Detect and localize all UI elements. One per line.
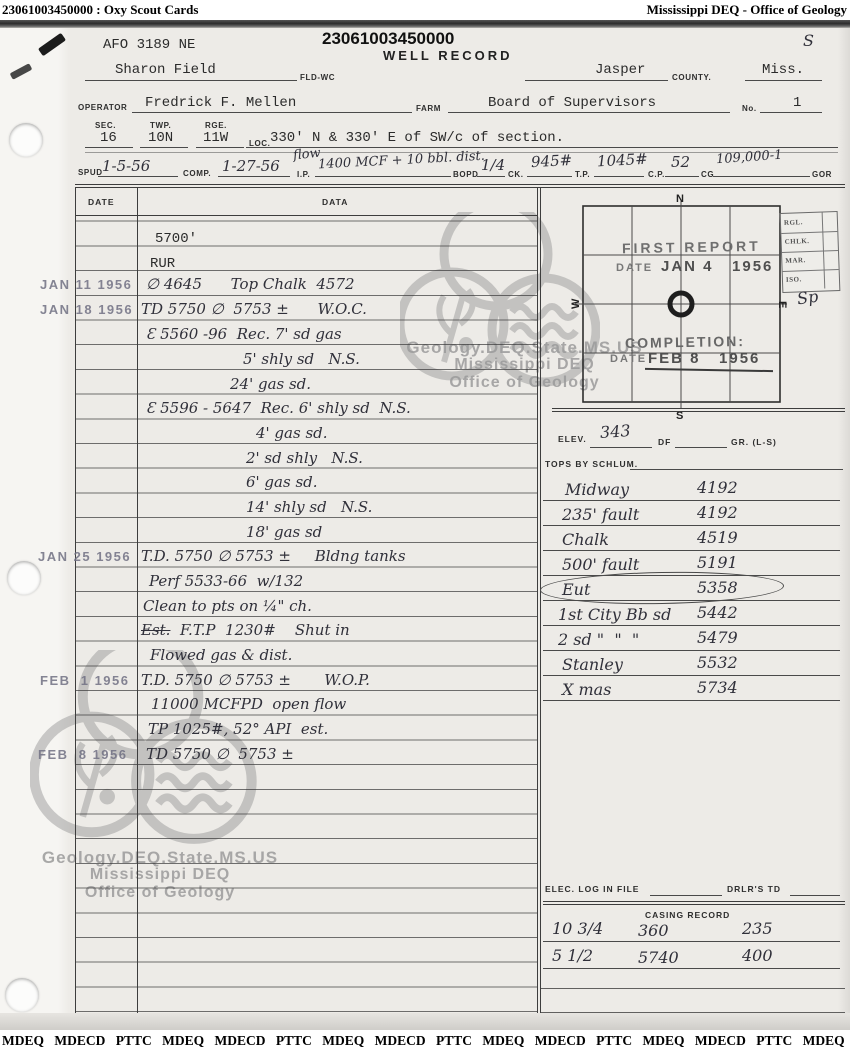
- state-name: Miss.: [762, 62, 804, 78]
- county-label: COUNTY.: [672, 73, 711, 82]
- casing-size: 10 3/4: [552, 919, 603, 938]
- cp-label: C.P.: [648, 170, 665, 179]
- top-depth: 5442: [697, 603, 738, 622]
- log-row: 14' shly sd N.S.: [246, 498, 372, 516]
- punch-hole: [5, 978, 39, 1012]
- top-name: 2 sd " " ": [558, 630, 639, 649]
- data-column-header: DATA: [322, 197, 348, 207]
- gr-label: GR. (L-S): [731, 437, 777, 447]
- log-row: TD 5750 ∅ 5753 ± W.O.C.: [141, 300, 367, 318]
- top-depth: 5734: [697, 678, 738, 697]
- well-no-value: 1: [793, 95, 801, 111]
- log-row: 18' gas sd: [246, 523, 322, 541]
- farm-name: Board of Supervisors: [488, 95, 656, 111]
- completion-date: FEB 8 1956: [648, 350, 760, 367]
- rge-label: RGE.: [205, 121, 227, 130]
- top-name: Midway: [565, 480, 629, 499]
- svg-text:N: N: [676, 193, 684, 205]
- field-name: Sharon Field: [115, 62, 216, 78]
- log-classification-stamp: RGL. CHLK. MAR. ISO.: [780, 211, 841, 293]
- date-stamp: JAN 18 1956: [40, 302, 133, 317]
- log-row: T.D. 5750 ∅ 5753 ± W.O.P.: [141, 671, 370, 689]
- footer-org-codes: MDEQ MDECD PTTC MDEQ MDECD PTTC MDEQ MDE…: [2, 1033, 848, 1049]
- class-row-label: ISO.: [786, 275, 802, 284]
- drlrs-td-label: DRLR'S TD: [727, 884, 781, 894]
- date-column-header: DATE: [88, 197, 115, 207]
- loc-value: 330' N & 330' E of SW/c of section.: [270, 130, 564, 146]
- completion-date-label: DATE: [610, 353, 647, 365]
- log-row: 5700': [155, 231, 197, 247]
- cg-label: CG: [701, 170, 714, 179]
- completion-stamp: COMPLETION:: [625, 333, 745, 351]
- top-depth: 4192: [697, 503, 738, 522]
- top-depth: 5479: [697, 628, 738, 647]
- log-row: ∅ 4645 Top Chalk 4572: [146, 275, 355, 293]
- class-row-label: CHLK.: [784, 237, 809, 246]
- ck-label: CK.: [508, 170, 524, 179]
- class-row-label: MAR.: [785, 256, 806, 265]
- bopd-label: BOPD: [453, 170, 479, 179]
- twp-label: TWP.: [150, 121, 171, 130]
- comp-value: 1-27-56: [222, 157, 280, 175]
- tp-value: 1045#: [597, 150, 649, 171]
- county-name: Jasper: [595, 62, 645, 78]
- top-name: 235' fault: [562, 505, 639, 524]
- casing-record-header: CASING RECORD: [645, 910, 730, 920]
- punch-hole: [9, 123, 43, 157]
- gor-label: GOR: [812, 170, 832, 179]
- afo-number: AFO 3189 NE: [103, 37, 195, 53]
- scan-edge-divider: [0, 20, 850, 28]
- casing-depth: 360: [638, 921, 669, 940]
- elev-value: 343: [599, 421, 631, 442]
- tops-header: TOPS BY SCHLUM.: [545, 459, 638, 469]
- ip-label: I.P.: [297, 170, 310, 179]
- svg-text:W: W: [570, 298, 582, 309]
- bopd-value: 1/4: [481, 156, 505, 174]
- log-row: TD 5750 ∅ 5753 ±: [146, 745, 294, 763]
- df-label: DF: [658, 437, 671, 447]
- top-depth: 5191: [697, 553, 738, 572]
- comp-label: COMP.: [183, 169, 211, 178]
- viewer-title-bar: 23061003450000 : Oxy Scout Cards Mississ…: [0, 0, 850, 20]
- agency-title: Mississippi DEQ - Office of Geology: [647, 2, 847, 18]
- paper-bottom-edge: [0, 1013, 850, 1031]
- tp-label: T.P.: [575, 170, 590, 179]
- top-depth: 4192: [697, 478, 738, 497]
- elec-log-label: ELEC. LOG IN FILE: [545, 884, 639, 894]
- log-row: TP 1025#, 52° API est.: [148, 720, 328, 738]
- top-name: Stanley: [562, 655, 623, 674]
- first-report-date-label: DATE: [616, 262, 653, 274]
- log-row: Est. F.T.P 1230# Shut in: [141, 621, 350, 639]
- section-location-map: N S W E: [568, 192, 790, 420]
- log-row: Clean to pts on ¼" ch.: [143, 597, 312, 615]
- top-depth: 5532: [697, 653, 738, 672]
- date-stamp: JAN 11 1956: [40, 277, 132, 292]
- map-annotation: Sp: [796, 287, 820, 309]
- date-stamp: JAN 25 1956: [38, 549, 131, 564]
- corner-mark: S: [803, 31, 814, 50]
- elev-label: ELEV.: [558, 434, 587, 444]
- spud-value: 1-5-56: [102, 157, 150, 175]
- card-title: WELL RECORD: [383, 48, 513, 63]
- struck-text: Est.: [141, 621, 170, 639]
- sec-label: SEC.: [95, 121, 116, 130]
- log-row: RUR: [150, 256, 175, 272]
- well-no-label: No.: [742, 104, 757, 113]
- class-row-label: RGL.: [784, 218, 803, 227]
- casing-sacks: 235: [742, 919, 773, 938]
- rge-value: 11W: [203, 130, 228, 146]
- casing-size: 5 1/2: [552, 946, 593, 965]
- date-stamp: FEB 8 1956: [38, 747, 128, 762]
- first-report-stamp: FIRST REPORT: [622, 238, 761, 256]
- log-row: Perf 5533-66 w/132: [149, 572, 303, 590]
- log-row-text: F.T.P 1230# Shut in: [170, 621, 349, 639]
- log-row: 11000 MCFPD open flow: [151, 695, 346, 713]
- punch-hole: [7, 561, 41, 595]
- log-row: Ɛ 5560 -96 Rec. 7' sd gas: [146, 325, 342, 343]
- first-report-date: JAN 4 1956: [661, 258, 773, 275]
- cp-value: 52: [671, 153, 690, 171]
- log-row: Ɛ 5596 - 5647 Rec. 6' shly sd N.S.: [146, 399, 411, 417]
- top-name: Chalk: [562, 530, 609, 549]
- log-row: 4' gas sd.: [256, 424, 328, 442]
- ck-value: 945#: [531, 151, 573, 171]
- twp-value: 10N: [148, 130, 173, 146]
- log-row: 6' gas sd.: [246, 473, 318, 491]
- document-id-title: 23061003450000 : Oxy Scout Cards: [2, 2, 198, 18]
- log-row: T.D. 5750 ∅ 5753 ± Bldng tanks: [141, 547, 406, 565]
- top-depth: 4519: [697, 528, 738, 547]
- log-row: 24' gas sd.: [230, 375, 311, 393]
- operator-name: Fredrick F. Mellen: [145, 95, 296, 111]
- casing-depth: 5740: [638, 948, 679, 967]
- sec-value: 16: [100, 130, 117, 146]
- field-label: FLD-WC: [300, 73, 335, 82]
- casing-sacks: 400: [742, 946, 773, 965]
- api-number: 23061003450000: [322, 29, 454, 49]
- top-name: 500' fault: [562, 555, 639, 574]
- date-stamp: FEB 1 1956: [40, 673, 130, 688]
- log-row: 2' sd shly N.S.: [246, 449, 363, 467]
- log-row: 5' shly sd N.S.: [243, 350, 360, 368]
- operator-label: OPERATOR: [78, 103, 127, 112]
- farm-label: FARM: [416, 104, 441, 113]
- svg-text:E: E: [776, 301, 788, 308]
- log-row: Flowed gas & dist.: [150, 646, 292, 664]
- top-name: X mas: [562, 680, 611, 699]
- top-name: 1st City Bb sd: [558, 605, 671, 624]
